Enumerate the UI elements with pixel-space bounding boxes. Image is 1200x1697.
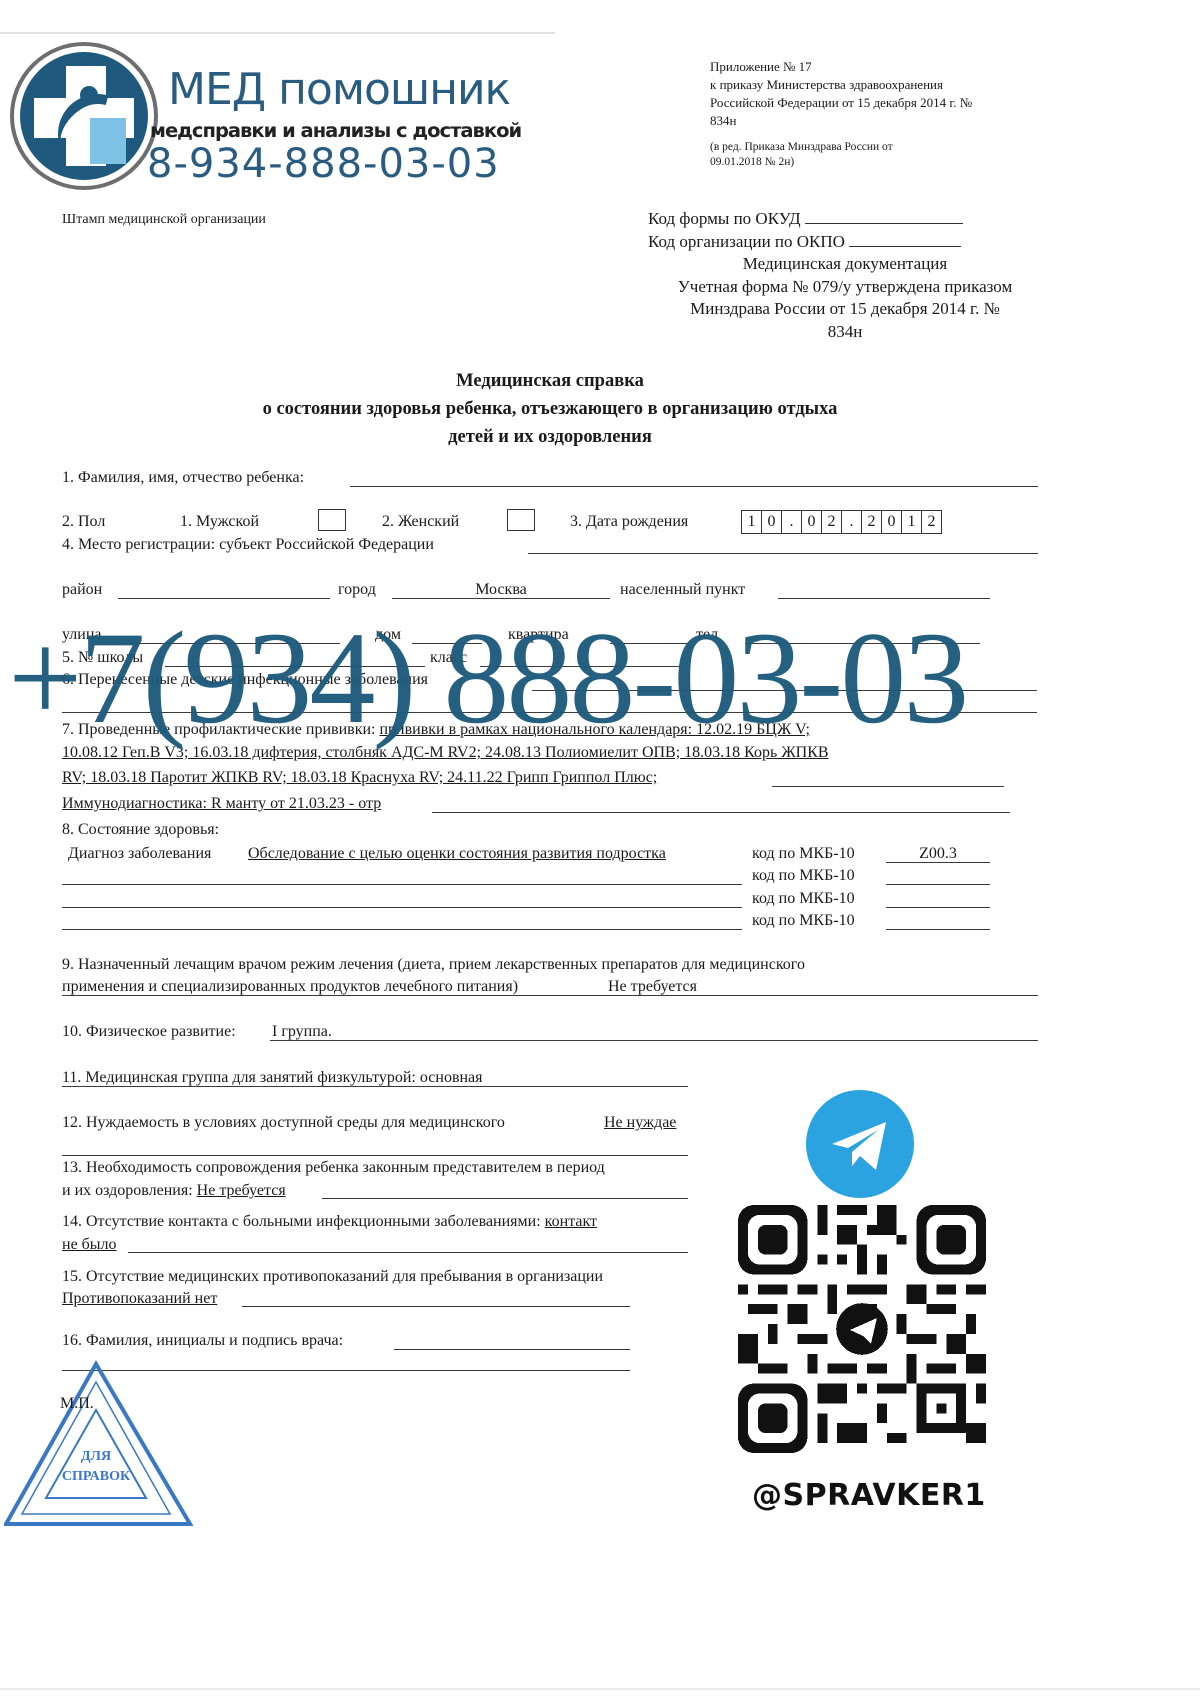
diagnosis-input[interactable] [62,907,742,908]
appendix-line: к приказу Министерства здравоохранения [710,76,1050,94]
field-10-input[interactable] [270,1040,1038,1041]
field-9-input[interactable] [62,995,1038,996]
diagnosis-label: Диагноз заболевания [68,844,211,864]
city-label: город [338,580,376,600]
field-4-label: 4. Место регистрации: субъект Российской… [62,535,434,555]
edition-line: 09.01.2018 № 2н) [710,155,970,170]
field-15-input[interactable] [242,1306,630,1307]
field-13-label-2: и их оздоровления: [62,1182,193,1199]
brand-name: МЕД помошник [168,68,510,112]
sex-female-label: 2. Женский [382,512,459,532]
form-info-line: Минздрава России от 15 декабря 2014 г. № [620,298,1070,321]
okud-label: Код формы по ОКУД [648,209,801,228]
field-9-label: 9. Назначенный лечащим врачом режим лече… [62,955,805,975]
birth-date-field[interactable]: 1 0 . 0 2 . 2 0 1 2 [741,510,942,534]
field-12-label: 12. Нуждаемость в условиях доступной сре… [62,1113,505,1133]
date-cell: 2 [822,511,842,533]
date-cell: 1 [902,511,922,533]
title-line: Медицинская справка [0,367,1100,395]
mkb-input[interactable] [886,884,990,885]
field-15-value: Противопоказаний нет [62,1289,217,1309]
diagnosis-input[interactable] [62,929,742,930]
watermark-phone: +7(934) 888-03-03 [8,612,966,744]
brand-logo [10,42,158,190]
date-cell: 0 [762,511,782,533]
sex-female-checkbox[interactable] [507,509,535,531]
field-2-label: 2. Пол [62,512,105,532]
doc-type: Медицинская документация [620,253,1070,276]
appendix-note: Приложение № 17 к приказу Министерства з… [710,58,1050,130]
field-8-label: 8. Состояние здоровья: [62,820,219,840]
date-cell: . [782,511,802,533]
settlement-input[interactable] [778,598,990,599]
district-input[interactable] [118,598,330,599]
document-title: Медицинская справка о состоянии здоровья… [0,367,1100,451]
vaccination-line-fill [772,786,1004,787]
mkb-label: код по МКБ-10 [752,844,855,864]
immunodiagnostics-fill [432,812,1010,813]
medical-cross-person-icon [20,52,148,180]
sex-male-label: 1. Мужской [180,512,259,532]
field-13-value: Не требуется [197,1182,286,1199]
title-line: детей и их оздоровления [0,423,1100,451]
immunodiagnostics: Иммунодиагностика: R манту от 21.03.23 -… [62,794,381,814]
settlement-label: населенный пункт [620,580,745,600]
date-cell: 2 [862,511,882,533]
diagnosis-input[interactable] [62,884,742,885]
mkb-input[interactable] [886,929,990,930]
birth-date-label: 3. Дата рождения [570,512,688,532]
edition-line: (в ред. Приказа Минздрава России от [710,140,970,155]
stamp-label: Штамп медицинской организации [62,212,266,228]
mkb-input[interactable] [886,907,990,908]
telegram-icon[interactable] [806,1090,914,1198]
mkb-label: код по МКБ-10 [752,911,855,931]
edition-note: (в ред. Приказа Минздрава России от 09.0… [710,140,970,170]
bottom-divider [0,1688,1200,1690]
field-14: 14. Отсутствие контакта с больными инфек… [62,1212,688,1232]
date-cell: 0 [882,511,902,533]
appendix-line: Российской Федерации от 15 декабря 2014 … [710,94,1050,112]
okpo-field[interactable] [849,232,961,247]
okud-field[interactable] [805,209,963,224]
field-15-label: 15. Отсутствие медицинских противопоказа… [62,1267,688,1287]
field-10-label: 10. Физическое развитие: [62,1022,236,1042]
mp-label: М.П. [60,1394,94,1414]
field-1-input[interactable] [350,486,1038,487]
doctor-signature-input[interactable] [394,1349,630,1350]
field-13: и их оздоровления: Не требуется [62,1181,286,1201]
field-14-value: контакт [545,1213,597,1230]
field-13-label: 13. Необходимость сопровождения ребенка … [62,1158,688,1178]
district-label: район [62,580,102,600]
appendix-line: Приложение № 17 [710,58,1050,76]
qr-code-icon[interactable] [738,1205,986,1453]
mkb-value: Z00.3 [886,844,990,864]
form-codes: Код формы по ОКУД Код организации по ОКП… [620,208,1070,343]
vaccination-line: RV; 18.03.18 Паротит ЖПКВ RV; 18.03.18 К… [62,768,657,788]
field-14-label: 14. Отсутствие контакта с больными инфек… [62,1213,541,1230]
sex-male-checkbox[interactable] [318,509,346,531]
title-line: о состоянии здоровья ребенка, отъезжающе… [0,395,1100,423]
field-11: 11. Медицинская группа для занятий физку… [62,1068,483,1088]
telegram-handle[interactable]: @SPRAVKER1 [752,1478,986,1513]
date-cell: . [842,511,862,533]
region-input[interactable] [528,553,1038,554]
seal-line-1: ДЛЯ [81,1449,111,1464]
field-9-value: Не требуется [608,977,697,997]
field-14-input[interactable] [128,1252,688,1253]
field-12-input[interactable] [62,1155,688,1156]
field-13-input[interactable] [322,1198,688,1199]
field-14-value-2: не было [62,1235,117,1255]
brand-tagline: медсправки и анализы с доставкой [150,121,521,141]
date-cell: 0 [802,511,822,533]
field-1-label: 1. Фамилия, имя, отчество ребенка: [62,468,304,488]
mkb-label: код по МКБ-10 [752,889,855,909]
okpo-label: Код организации по ОКПО [648,232,845,251]
field-9-label-2: применения и специализированных продукто… [62,977,518,997]
date-cell: 1 [742,511,762,533]
field-11-value: основная [420,1069,483,1086]
mkb-label: код по МКБ-10 [752,866,855,886]
field-11-label: 11. Медицинская группа для занятий физку… [62,1069,416,1086]
appendix-line: 834н [710,112,1050,130]
form-info-line: 834н [620,321,1070,344]
date-cell: 2 [922,511,941,533]
diagnosis-value: Обследование с целью оценки состояния ра… [248,844,666,864]
mkb-input[interactable] [886,862,990,863]
seal-line-2: СПРАВОК [62,1469,131,1484]
field-11-input[interactable] [62,1086,688,1087]
top-divider [0,32,555,34]
field-16-label: 16. Фамилия, инициалы и подпись врача: [62,1331,343,1351]
seal-stamp: ДЛЯ СПРАВОК [4,1360,194,1530]
field-12-value: Не нуждае [604,1113,676,1133]
city-value: Москва [392,580,610,600]
form-info-line: Учетная форма № 079/у утверждена приказо… [620,276,1070,299]
field-10-value: I группа. [272,1022,332,1042]
brand-phone[interactable]: 8-934-888-03-03 [147,142,500,186]
